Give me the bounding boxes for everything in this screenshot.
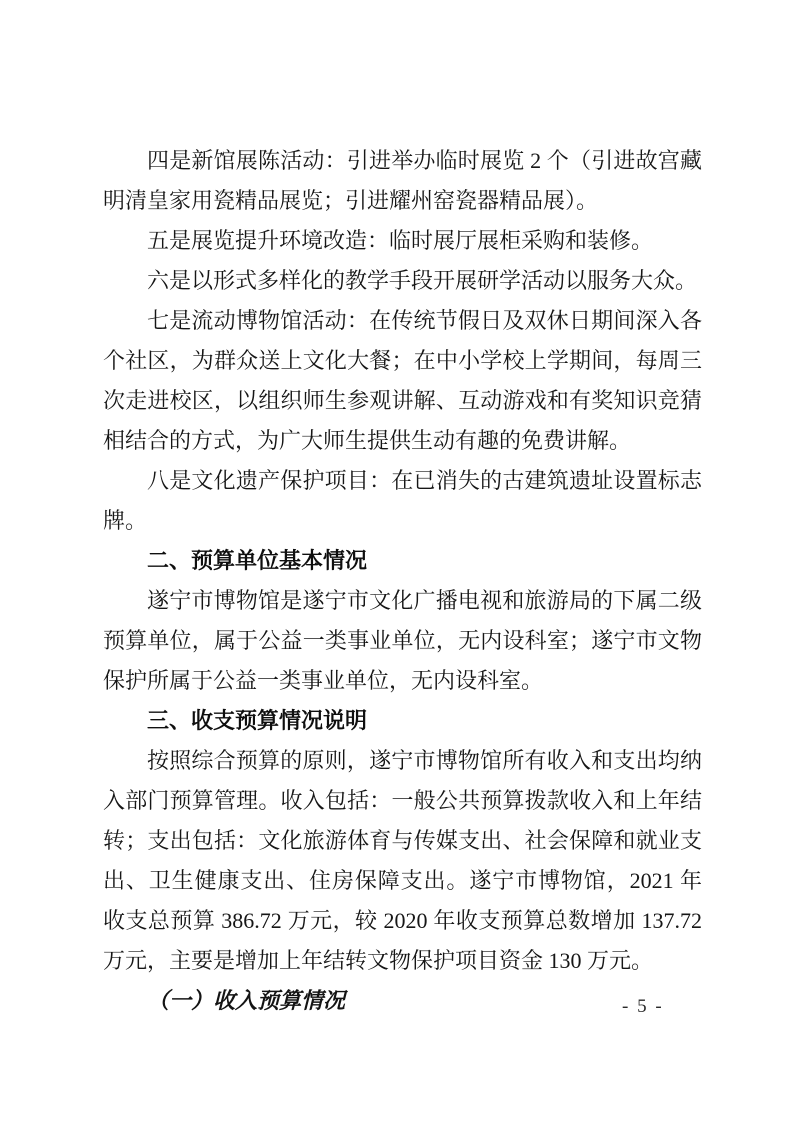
page-number: - 5 - xyxy=(622,996,664,1018)
paragraph-budget-overview: 按照综合预算的原则，遂宁市博物馆所有收入和支出均纳入部门预算管理。收入包括：一般… xyxy=(103,741,702,981)
paragraph-item5-environment-renovation: 五是展览提升环境改造：临时展厅展柜采购和装修。 xyxy=(103,221,702,261)
document-body: 四是新馆展陈活动：引进举办临时展览 2 个（引进故宫藏明清皇家用瓷精品展览；引进… xyxy=(103,141,702,1021)
document-page: 四是新馆展陈活动：引进举办临时展览 2 个（引进故宫藏明清皇家用瓷精品展览；引进… xyxy=(0,0,793,1122)
paragraph-item6-education-activities: 六是以形式多样化的教学手段开展研学活动以服务大众。 xyxy=(103,261,702,301)
heading-section3-budget-explanation: 三、收支预算情况说明 xyxy=(103,701,702,741)
paragraph-item7-mobile-museum: 七是流动博物馆活动：在传统节假日及双休日期间深入各个社区，为群众送上文化大餐；在… xyxy=(103,301,702,461)
heading-income-budget-subsection: （一）收入预算情况 xyxy=(103,981,702,1021)
paragraph-item8-heritage-protection: 八是文化遗产保护项目：在已消失的古建筑遗址设置标志牌。 xyxy=(103,461,702,541)
paragraph-budget-unit-description: 遂宁市博物馆是遂宁市文化广播电视和旅游局的下属二级预算单位，属于公益一类事业单位… xyxy=(103,581,702,701)
paragraph-item4-new-exhibitions: 四是新馆展陈活动：引进举办临时展览 2 个（引进故宫藏明清皇家用瓷精品展览；引进… xyxy=(103,141,702,221)
heading-section2-budget-unit-overview: 二、预算单位基本情况 xyxy=(103,541,702,581)
